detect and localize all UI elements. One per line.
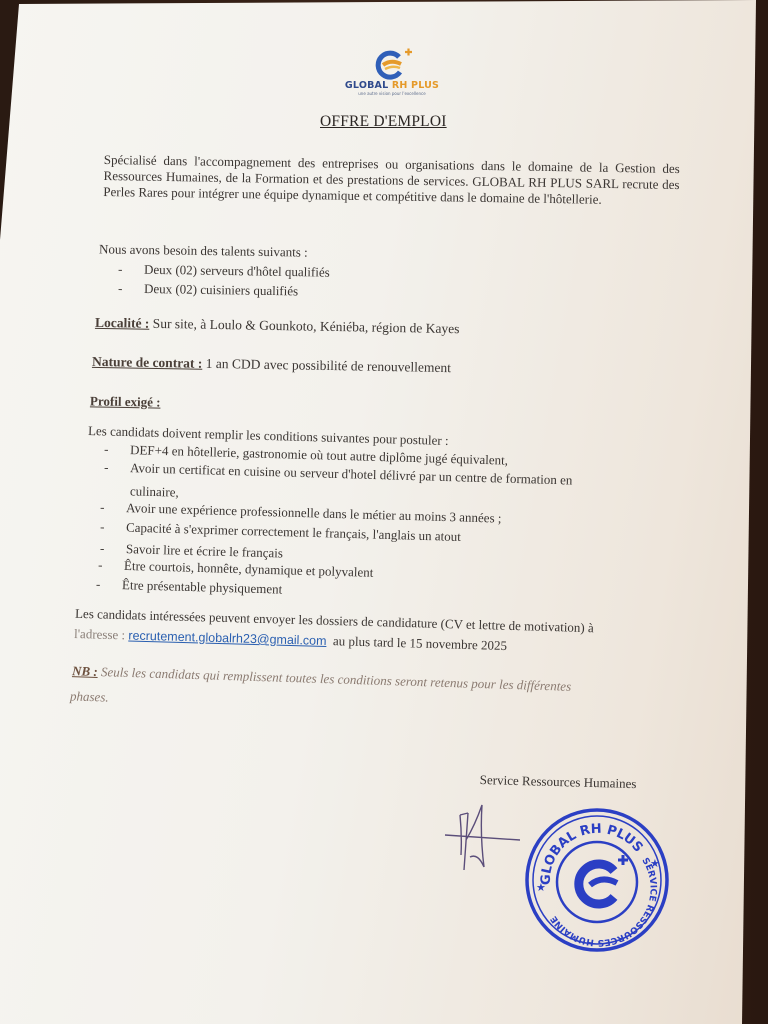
needs-item: -Deux (02) cuisiniers qualifiés (118, 281, 298, 300)
company-stamp: GLOBAL RH PLUS SERVICE RESSOURCES HUMAIN… (522, 805, 672, 955)
location-value: Sur site, à Loulo & Gounkoto, Kéniéba, r… (153, 316, 460, 336)
handwritten-signature-icon (440, 795, 530, 885)
profile-item-continuation: culinaire, (130, 483, 179, 500)
email-link[interactable]: recrutement.globalrh23@gmail.com (128, 628, 327, 648)
contract-label: Nature de contrat : (92, 354, 203, 371)
needs-item: -Deux (02) serveurs d'hôtel qualifiés (118, 261, 330, 280)
profile-label: Profil exigé : (90, 393, 161, 410)
deadline-text: au plus tard le 15 novembre 2025 (333, 633, 507, 653)
document-title: OFFRE D'EMPLOI (320, 113, 447, 131)
note-line1: NB : Seuls les candidats qui remplissent… (72, 663, 572, 695)
location-label: Localité : (95, 315, 150, 331)
logo-tagline: une autre vision pour l'excellence (336, 91, 448, 96)
needs-heading: Nous avons besoin des talents suivants : (99, 241, 308, 260)
logo-brand: GLOBAL RH PLUS (336, 80, 448, 91)
g-plus-logo-icon (369, 48, 415, 82)
company-logo: GLOBAL RH PLUS une autre vision pour l'e… (336, 48, 448, 106)
contract-value: 1 an CDD avec possibilité de renouvellem… (206, 356, 451, 375)
contract-line: Nature de contrat : 1 an CDD avec possib… (92, 354, 451, 376)
note-label: NB : (72, 663, 98, 679)
job-offer-document: GLOBAL RH PLUS une autre vision pour l'e… (0, 0, 768, 1024)
location-line: Localité : Sur site, à Loulo & Gounkoto,… (95, 315, 460, 337)
signature-title: Service Ressources Humaines (480, 772, 637, 792)
profile-item: -Être présentable physiquement (96, 576, 283, 597)
intro-paragraph: Spécialisé dans l'accompagnement des ent… (103, 152, 680, 209)
note-line2: phases. (70, 688, 109, 705)
star-icon: ★ (536, 882, 546, 894)
star-icon: ★ (650, 858, 660, 870)
address-label: l'adresse : (74, 626, 125, 642)
g-plus-logo-icon (579, 855, 628, 904)
